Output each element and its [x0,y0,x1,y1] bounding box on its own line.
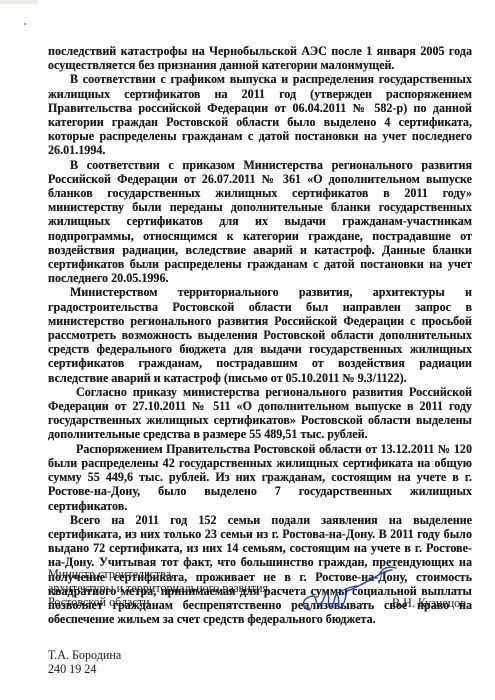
scan-speck [24,23,26,25]
paragraph: Министерством территориального развития,… [48,285,472,384]
executor-info: Т.А. Бородина 240 19 24 [48,648,121,676]
handwritten-signature [296,560,406,620]
paragraph: В соответствии с графиком выпуска и расп… [48,72,472,157]
paragraph: последствий катастрофы на Чернобыльской … [48,44,472,72]
executor-name: Т.А. Бородина [48,648,121,662]
signatory-name: В.Н. Кузнецов [392,596,466,611]
signatory-title-line: Министр строительства, [48,567,268,581]
signatory-title: Министр строительства, архитектуры и тер… [48,567,268,610]
paragraph: Распоряжением Правительства Ростовской о… [48,442,472,513]
scan-edge [0,0,38,4]
signatory-title-line: Ростовской области [48,595,268,609]
signatory-title-line: архитектуры и территориального развития [48,581,268,595]
paragraph: Согласно приказу министерства региональн… [48,385,472,442]
executor-phone: 240 19 24 [48,662,121,676]
paragraph: В соответствии с приказом Министерства р… [48,158,472,286]
letter-body: последствий катастрофы на Чернобыльской … [48,44,472,626]
